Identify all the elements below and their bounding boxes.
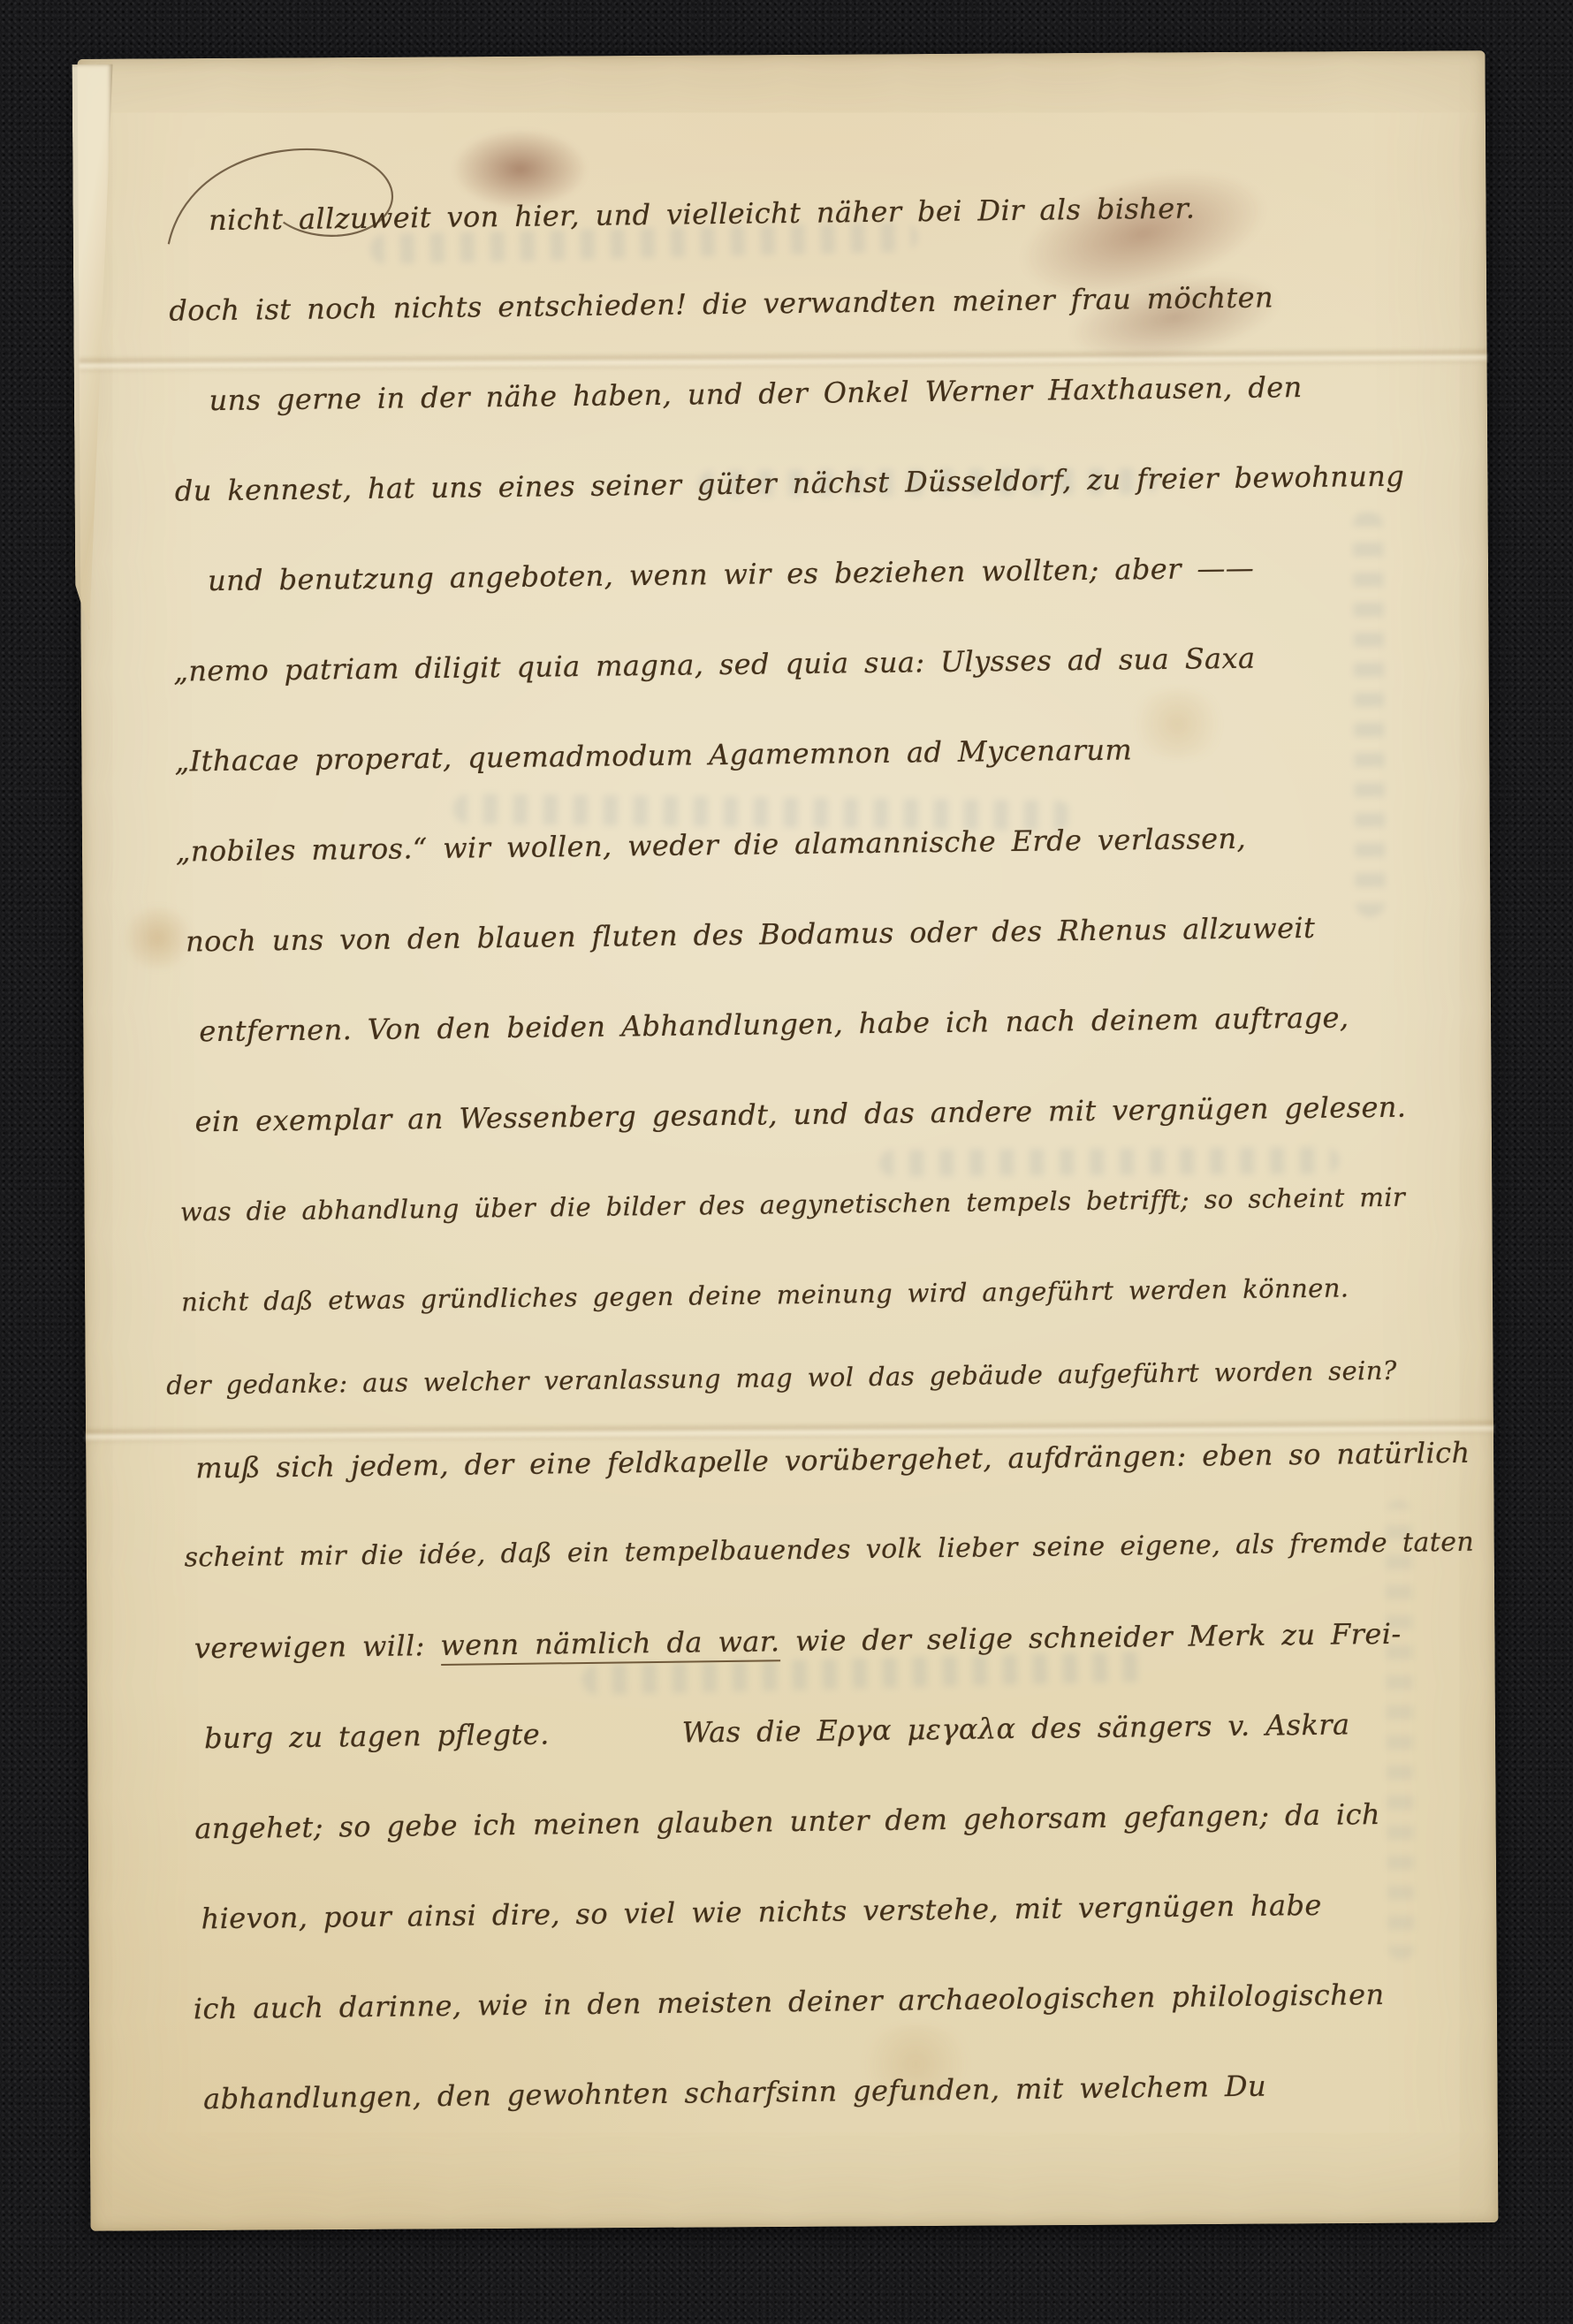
letter-line: entfernen. Von den beiden Abhandlungen, … bbox=[199, 971, 1438, 1076]
photo-background-fabric: nicht allzuweit von hier, und vielleicht… bbox=[0, 0, 1573, 2324]
letter-line: ich auch darinne, wie in den meisten dei… bbox=[193, 1948, 1449, 2054]
letter-line: angehet; so gebe ich meinen glauben unte… bbox=[194, 1768, 1448, 1873]
letter-line: doch ist noch nichts entschieden! die ve… bbox=[169, 250, 1429, 355]
line-segment: burg zu tagen pflegte. bbox=[204, 1717, 550, 1755]
letter-line-latin-quote: „nobiles muros.“ wir wollen, weder die a… bbox=[175, 791, 1435, 896]
letter-line: uns gerne in der nähe haben, und der Onk… bbox=[209, 340, 1430, 445]
letter-line: und benutzung angeboten, wenn wir es bez… bbox=[208, 520, 1432, 626]
line-segment-greek: Was die Εργα μεγαλα des sängers v. Askra bbox=[681, 1707, 1349, 1749]
line-segment: verewigen will: bbox=[194, 1629, 441, 1665]
letter-line: du kennest, hat uns eines seiner güter n… bbox=[174, 430, 1431, 535]
underlined-phrase: wenn nämlich da war. bbox=[440, 1624, 780, 1666]
letter-line: noch uns von den blauen fluten des Bodam… bbox=[185, 881, 1436, 986]
letter-line: abhandlungen, den gewohnten scharfsinn g… bbox=[202, 2039, 1450, 2144]
line-gap bbox=[550, 1743, 682, 1744]
letter-line: scheint mir die idée, daß ein tempelbaue… bbox=[184, 1498, 1444, 1603]
letter-line: was die abhandlung über die bilder des a… bbox=[179, 1151, 1440, 1257]
letter-line-latin-quote: „nemo patriam diligit quia magna, sed qu… bbox=[173, 611, 1433, 716]
underlying-sheet-edge bbox=[72, 65, 117, 630]
letter-line: ein exemplar an Wessenberg gesandt, und … bbox=[194, 1061, 1439, 1166]
letter-line-latin-quote: „Ithacae properat, quemadmodum Agamemnon… bbox=[174, 701, 1434, 806]
letter-line: verewigen will: wenn nämlich da war. wie… bbox=[194, 1588, 1445, 1693]
line-segment: wie der selige schneider Merk zu Frei- bbox=[779, 1617, 1402, 1659]
letter-line: hievon, pour ainsi dire, so viel wie nic… bbox=[201, 1858, 1448, 1963]
letter-text: nicht allzuweit von hier, und vielleicht… bbox=[168, 160, 1451, 2144]
letter-page: nicht allzuweit von hier, und vielleicht… bbox=[78, 50, 1499, 2231]
letter-line: nicht allzuweit von hier, und vielleicht… bbox=[209, 160, 1428, 265]
letter-line: nicht daß etwas gründliches gegen deine … bbox=[180, 1242, 1440, 1347]
letter-line: muß sich jedem, der eine feldkapelle vor… bbox=[195, 1408, 1443, 1513]
letter-line: burg zu tagen pflegte.Was die Εργα μεγαλ… bbox=[204, 1678, 1447, 1783]
